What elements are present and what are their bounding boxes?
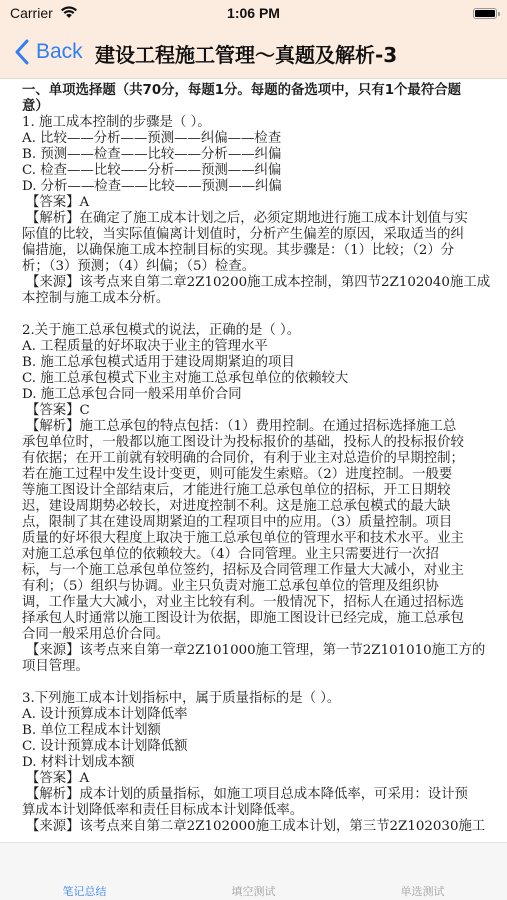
battery-icon	[473, 8, 497, 19]
text-line: 本控制与施工成本分析。	[22, 291, 502, 307]
blank-line	[22, 675, 502, 691]
text-line: 对施工总承包单位的依赖较大。（4）合同管理。业主只需要进行一次招	[22, 547, 502, 563]
text-line: 【解析】施工总承包的特点包括：（1）费用控制。在通过招标选择施工总	[22, 419, 502, 435]
tab-notes-summary[interactable]: 笔记总结	[0, 883, 169, 899]
blank-line	[22, 307, 502, 323]
section-heading: 意）	[22, 99, 502, 115]
status-bar: Carrier 1:06 PM	[0, 0, 507, 28]
text-line: A. 工程质量的好坏取决于业主的管理水平	[22, 339, 502, 355]
back-label: Back	[36, 40, 83, 64]
tab-single-choice-test[interactable]: 单选测试	[338, 883, 507, 899]
text-line: 若在施工过程中发生设计变更，则可能发生索赔。（2）进度控制。一般要	[22, 467, 502, 483]
tab-bar: 笔记总结 填空测试 单选测试	[0, 842, 507, 900]
text-line: 点，限制了其在建设周期紧迫的工程项目中的应用。（3）质量控制。项目	[22, 515, 502, 531]
text-line: 算成本计划降低率和责任目标成本计划降低率。	[22, 803, 502, 819]
status-time: 1:06 PM	[0, 5, 507, 21]
text-line: 调，工作量大大减小，对业主比较有利。一般情况下，招标人在通过招标选	[22, 595, 502, 611]
text-line: C. 检查——比较——分析——预测——纠偏	[22, 163, 502, 179]
text-line: 质量的好坏很大程度上取决于施工总承包单位的管理水平和技术水平。业主	[22, 531, 502, 547]
text-line: 【答案】C	[22, 403, 502, 419]
chevron-left-icon	[14, 39, 30, 65]
text-line: 1. 施工成本控制的步骤是（ ）。	[22, 115, 502, 131]
text-line: D. 材料计划成本额	[22, 755, 502, 771]
text-line: D. 分析——检查——比较——预测——纠偏	[22, 179, 502, 195]
text-line: 析；（3）预测；（4）纠偏；（5）检查。	[22, 259, 502, 275]
text-line: A. 比较——分析——预测——纠偏——检查	[22, 131, 502, 147]
text-line: 2.关于施工总承包模式的说法，正确的是（ ）。	[22, 323, 502, 339]
text-line: 合同一般采用总价合同。	[22, 627, 502, 643]
section-heading: 一、单项选择题（共70分，每题1分。每题的备选项中，只有1个最符合题	[22, 83, 502, 99]
text-line: B. 施工总承包模式适用于建设周期紧迫的项目	[22, 355, 502, 371]
page-title: 建设工程施工管理～真题及解析-3	[95, 39, 397, 68]
text-line: 等施工图设计全部结束后，才能进行施工总承包单位的招标，开工日期较	[22, 483, 502, 499]
text-line: 【来源】该考点来自第一章2Z101000施工管理，第一节2Z101010施工方的	[22, 643, 502, 659]
text-line: 【来源】该考点来自第二章2Z10200施工成本控制，第四节2Z102040施工成	[22, 275, 502, 291]
text-line: 【答案】A	[22, 771, 502, 787]
text-line: C. 施工总承包模式下业主对施工总承包单位的依赖较大	[22, 371, 502, 387]
text-line: 承包单位时，一般都以施工图设计为投标报价的基础，投标人的投标报价较	[22, 435, 502, 451]
text-line: 【解析】成本计划的质量指标，如施工项目总成本降低率，可采用：设计预	[22, 787, 502, 803]
document-scroll-view[interactable]: 一、单项选择题（共70分，每题1分。每题的备选项中，只有1个最符合题意）1. 施…	[0, 79, 507, 842]
text-line: 择承包人时通常以施工图设计为依据，即施工图设计已经完成，施工总承包	[22, 611, 502, 627]
tab-fill-blank-test[interactable]: 填空测试	[169, 883, 338, 899]
text-line: 【答案】A	[22, 195, 502, 211]
text-line: 【来源】该考点来自第二章2Z102000施工成本计划，第三节2Z102030施工	[22, 819, 502, 835]
text-line: C. 设计预算成本计划降低额	[22, 739, 502, 755]
document-text: 一、单项选择题（共70分，每题1分。每题的备选项中，只有1个最符合题意）1. 施…	[22, 83, 502, 835]
text-line: 迟，建设周期势必较长，对进度控制不利。这是施工总承包模式的最大缺	[22, 499, 502, 515]
text-line: B. 预测——检查——比较——分析——纠偏	[22, 147, 502, 163]
navigation-bar: Back 建设工程施工管理～真题及解析-3	[0, 28, 507, 79]
text-line: 偏措施，以确保施工成本控制目标的实现。其步骤是：（1）比较；（2）分	[22, 243, 502, 259]
text-line: B. 单位工程成本计划额	[22, 723, 502, 739]
text-line: 项目管理。	[22, 659, 502, 675]
text-line: D. 施工总承包合同一般采用单价合同	[22, 387, 502, 403]
back-button[interactable]: Back	[14, 37, 83, 67]
text-line: 【解析】在确定了施工成本计划之后，必须定期地进行施工成本计划值与实	[22, 211, 502, 227]
text-line: 标，与一个施工总承包单位签约，招标及合同管理工作量大大减小，对业主	[22, 563, 502, 579]
text-line: A. 设计预算成本计划降低率	[22, 707, 502, 723]
text-line: 际值的比较，当实际值偏离计划值时，分析产生偏差的原因，采取适当的纠	[22, 227, 502, 243]
text-line: 有利；（5）组织与协调。业主只负责对施工总承包单位的管理及组织协	[22, 579, 502, 595]
text-line: 有依据；在开工前就有较明确的合同价，有利于业主对总造价的早期控制；	[22, 451, 502, 467]
text-line: 3.下列施工成本计划指标中，属于质量指标的是（ ）。	[22, 691, 502, 707]
